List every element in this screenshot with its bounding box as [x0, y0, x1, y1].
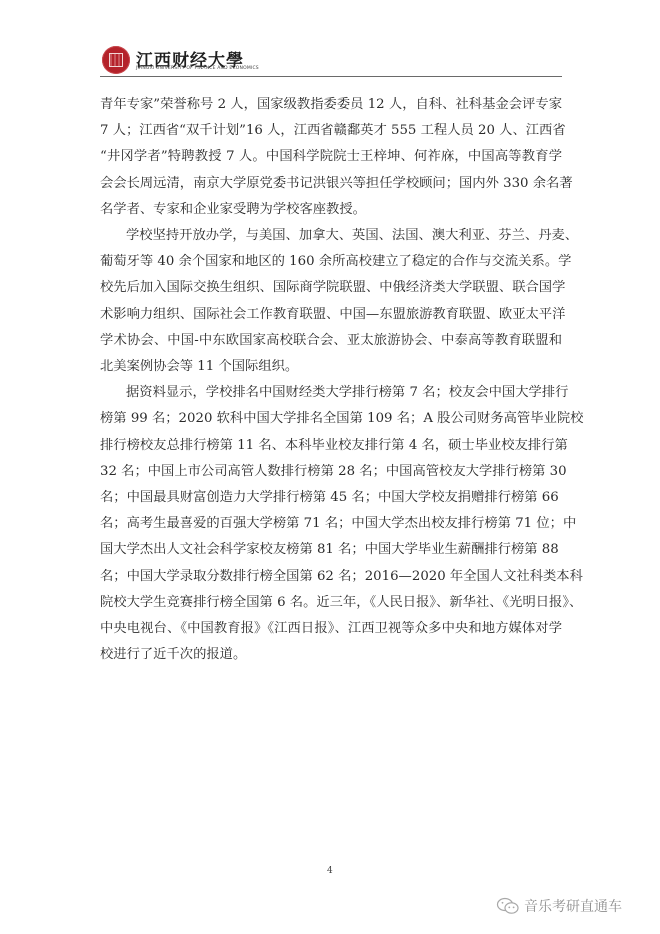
text-line: 据资料显示，学校排名中国财经类大学排行榜第 7 名；校友会中国大学排行 — [100, 380, 562, 406]
text-line: 术影响力组织、国际社会工作教育联盟、中国—东盟旅游教育联盟、欧亚太平洋 — [100, 302, 562, 328]
wechat-watermark: 音乐考研直通车 — [496, 896, 622, 916]
text-line: 校先后加入国际交换生组织、国际商学院联盟、中俄经济类大学联盟、联合国学 — [100, 275, 562, 301]
document-body: 青年专家”荣誉称号 2 人，国家级教指委委员 12 人，自科、社科基金会评专家 … — [100, 92, 562, 668]
text-line: 名；中国最具财富创造力大学排行榜第 45 名；中国大学校友捐赠排行榜第 66 — [100, 485, 562, 511]
text-line: 北美案例协会等 11 个国际组织。 — [100, 354, 562, 380]
paragraph-international: 学校坚持开放办学，与美国、加拿大、英国、法国、澳大利亚、芬兰、丹麦、 葡萄牙等 … — [100, 223, 562, 380]
text-line: 学校坚持开放办学，与美国、加拿大、英国、法国、澳大利亚、芬兰、丹麦、 — [100, 223, 562, 249]
text-line: 中央电视台、《中国教育报》《江西日报》、江西卫视等众多中央和地方媒体对学 — [100, 616, 562, 642]
page-number: 4 — [327, 866, 333, 876]
paragraph-faculty: 青年专家”荣誉称号 2 人，国家级教指委委员 12 人，自科、社科基金会评专家 … — [100, 92, 562, 223]
text-line: 葡萄牙等 40 余个国家和地区的 160 余所高校建立了稳定的合作与交流关系。学 — [100, 249, 562, 275]
text-line: 名；中国大学录取分数排行榜全国第 62 名；2016—2020 年全国人文社科类… — [100, 564, 562, 590]
text-line: “井冈学者”特聘教授 7 人。中国科学院院士王梓坤、何祚庥，中国高等教育学 — [100, 144, 562, 170]
university-seal-icon — [102, 46, 130, 74]
text-line: 排行榜校友总排行榜第 11 名、本科毕业校友排行第 4 名，硕士毕业校友排行第 — [100, 433, 562, 459]
paragraph-rankings: 据资料显示，学校排名中国财经类大学排行榜第 7 名；校友会中国大学排行 榜第 9… — [100, 380, 562, 668]
text-line: 名学者、专家和企业家受聘为学校客座教授。 — [100, 197, 562, 223]
text-line: 7 人；江西省“双千计划”16 人，江西省赣鄱英才 555 工程人员 20 人、… — [100, 118, 562, 144]
text-line: 院校大学生竞赛排行榜全国第 6 名。近三年，《人民日报》、新华社、《光明日报》、 — [100, 590, 562, 616]
wechat-icon — [496, 897, 520, 915]
text-line: 国大学杰出人文社会科学家校友榜第 81 名；中国大学毕业生薪酬排行榜第 88 — [100, 537, 562, 563]
university-name-english: JIANGXI UNIVERSITY OF FINANCE AND ECONOM… — [136, 66, 259, 71]
text-line: 校进行了近千次的报道。 — [100, 642, 562, 668]
watermark-text: 音乐考研直通车 — [524, 896, 622, 916]
text-line: 榜第 99 名；2020 软科中国大学排名全国第 109 名；A 股公司财务高管… — [100, 406, 562, 432]
text-line: 学术协会、中国-中东欧国家高校联合会、亚太旅游协会、中泰高等教育联盟和 — [100, 328, 562, 354]
text-line: 青年专家”荣誉称号 2 人，国家级教指委委员 12 人，自科、社科基金会评专家 — [100, 92, 562, 118]
text-line: 名；高考生最喜爱的百强大学榜第 71 名；中国大学杰出校友排行榜第 71 位；中 — [100, 511, 562, 537]
document-header: 江西财经大學 JIANGXI UNIVERSITY OF FINANCE AND… — [100, 44, 562, 78]
text-line: 会会长周远清，南京大学原党委书记洪银兴等担任学校顾问；国内外 330 余名著 — [100, 171, 562, 197]
header-divider — [100, 76, 562, 77]
text-line: 32 名；中国上市公司高管人数排行榜第 28 名；中国高管校友大学排行榜第 30 — [100, 459, 562, 485]
seal-inner-mark — [109, 53, 123, 67]
